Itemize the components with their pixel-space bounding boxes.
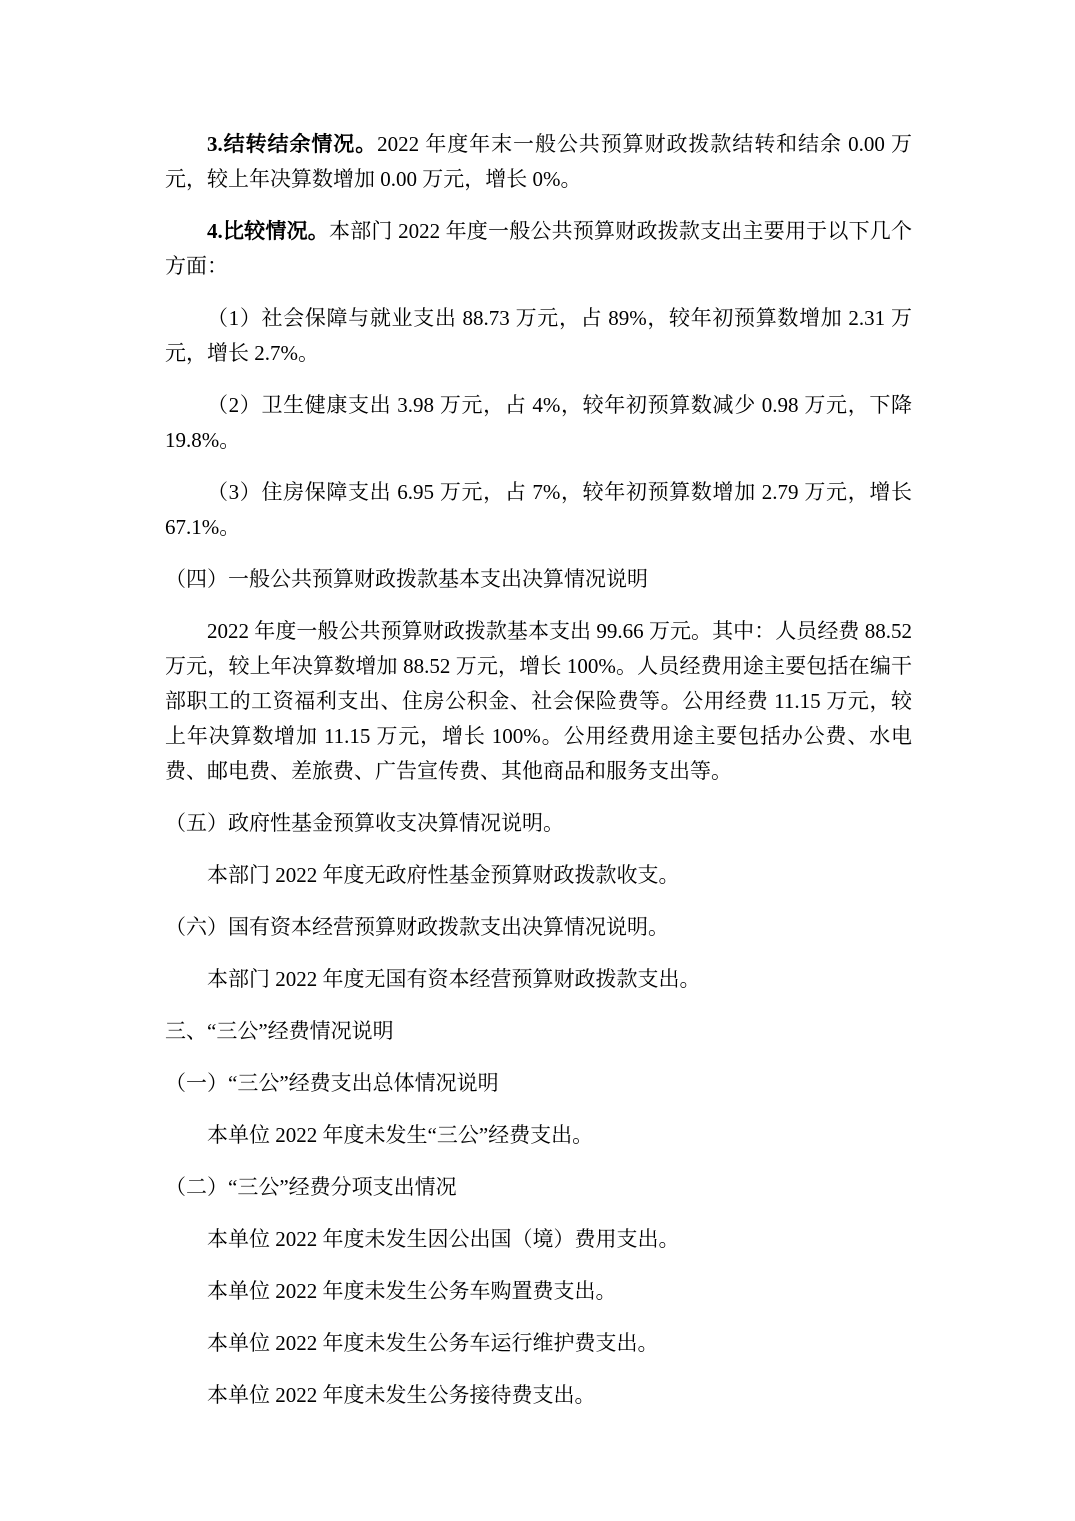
paragraph-no-three-public-expense: 本单位 2022 年度未发生“三公”经费支出。	[165, 1118, 912, 1153]
document-page: 3.结转结余情况。2022 年度年末一般公共预算财政拨款结转和结余 0.00 万…	[0, 0, 1075, 1521]
heading-three-public-itemized: （二）“三公”经费分项支出情况	[165, 1170, 912, 1205]
paragraph-no-vehicle-maintenance: 本单位 2022 年度未发生公务车运行维护费支出。	[165, 1326, 912, 1361]
paragraph-no-government-funds: 本部门 2022 年度无政府性基金预算财政拨款收支。	[165, 858, 912, 893]
paragraph-item-3-housing: （3）住房保障支出 6.95 万元，占 7%，较年初预算数增加 2.79 万元，…	[165, 475, 912, 545]
paragraph-no-state-capital: 本部门 2022 年度无国有资本经营预算财政拨款支出。	[165, 962, 912, 997]
paragraph-item-2-health: （2）卫生健康支出 3.98 万元，占 4%，较年初预算数减少 0.98 万元，…	[165, 388, 912, 458]
paragraph-carryover-balance: 3.结转结余情况。2022 年度年末一般公共预算财政拨款结转和结余 0.00 万…	[165, 127, 912, 197]
heading-section-5-government-funds: （五）政府性基金预算收支决算情况说明。	[165, 806, 912, 841]
paragraph-basic-expenditure-detail: 2022 年度一般公共预算财政拨款基本支出 99.66 万元。其中：人员经费 8…	[165, 614, 912, 789]
paragraph-item-1-social-security: （1）社会保障与就业支出 88.73 万元，占 89%，较年初预算数增加 2.3…	[165, 301, 912, 371]
document-body: 3.结转结余情况。2022 年度年末一般公共预算财政拨款结转和结余 0.00 万…	[165, 127, 912, 1413]
paragraph-no-official-reception: 本单位 2022 年度未发生公务接待费支出。	[165, 1378, 912, 1413]
heading-part-3-three-public-expenses: 三、“三公”经费情况说明	[165, 1014, 912, 1049]
paragraph-lead: 4.比较情况。	[207, 219, 329, 243]
heading-section-6-state-capital: （六）国有资本经营预算财政拨款支出决算情况说明。	[165, 910, 912, 945]
heading-three-public-overall: （一）“三公”经费支出总体情况说明	[165, 1066, 912, 1101]
paragraph-lead: 3.结转结余情况。	[207, 132, 377, 156]
paragraph-no-vehicle-purchase: 本单位 2022 年度未发生公务车购置费支出。	[165, 1274, 912, 1309]
paragraph-no-overseas-travel: 本单位 2022 年度未发生因公出国（境）费用支出。	[165, 1222, 912, 1257]
paragraph-comparison-intro: 4.比较情况。本部门 2022 年度一般公共预算财政拨款支出主要用于以下几个方面…	[165, 214, 912, 284]
heading-section-4-basic-expenditure: （四）一般公共预算财政拨款基本支出决算情况说明	[165, 562, 912, 597]
